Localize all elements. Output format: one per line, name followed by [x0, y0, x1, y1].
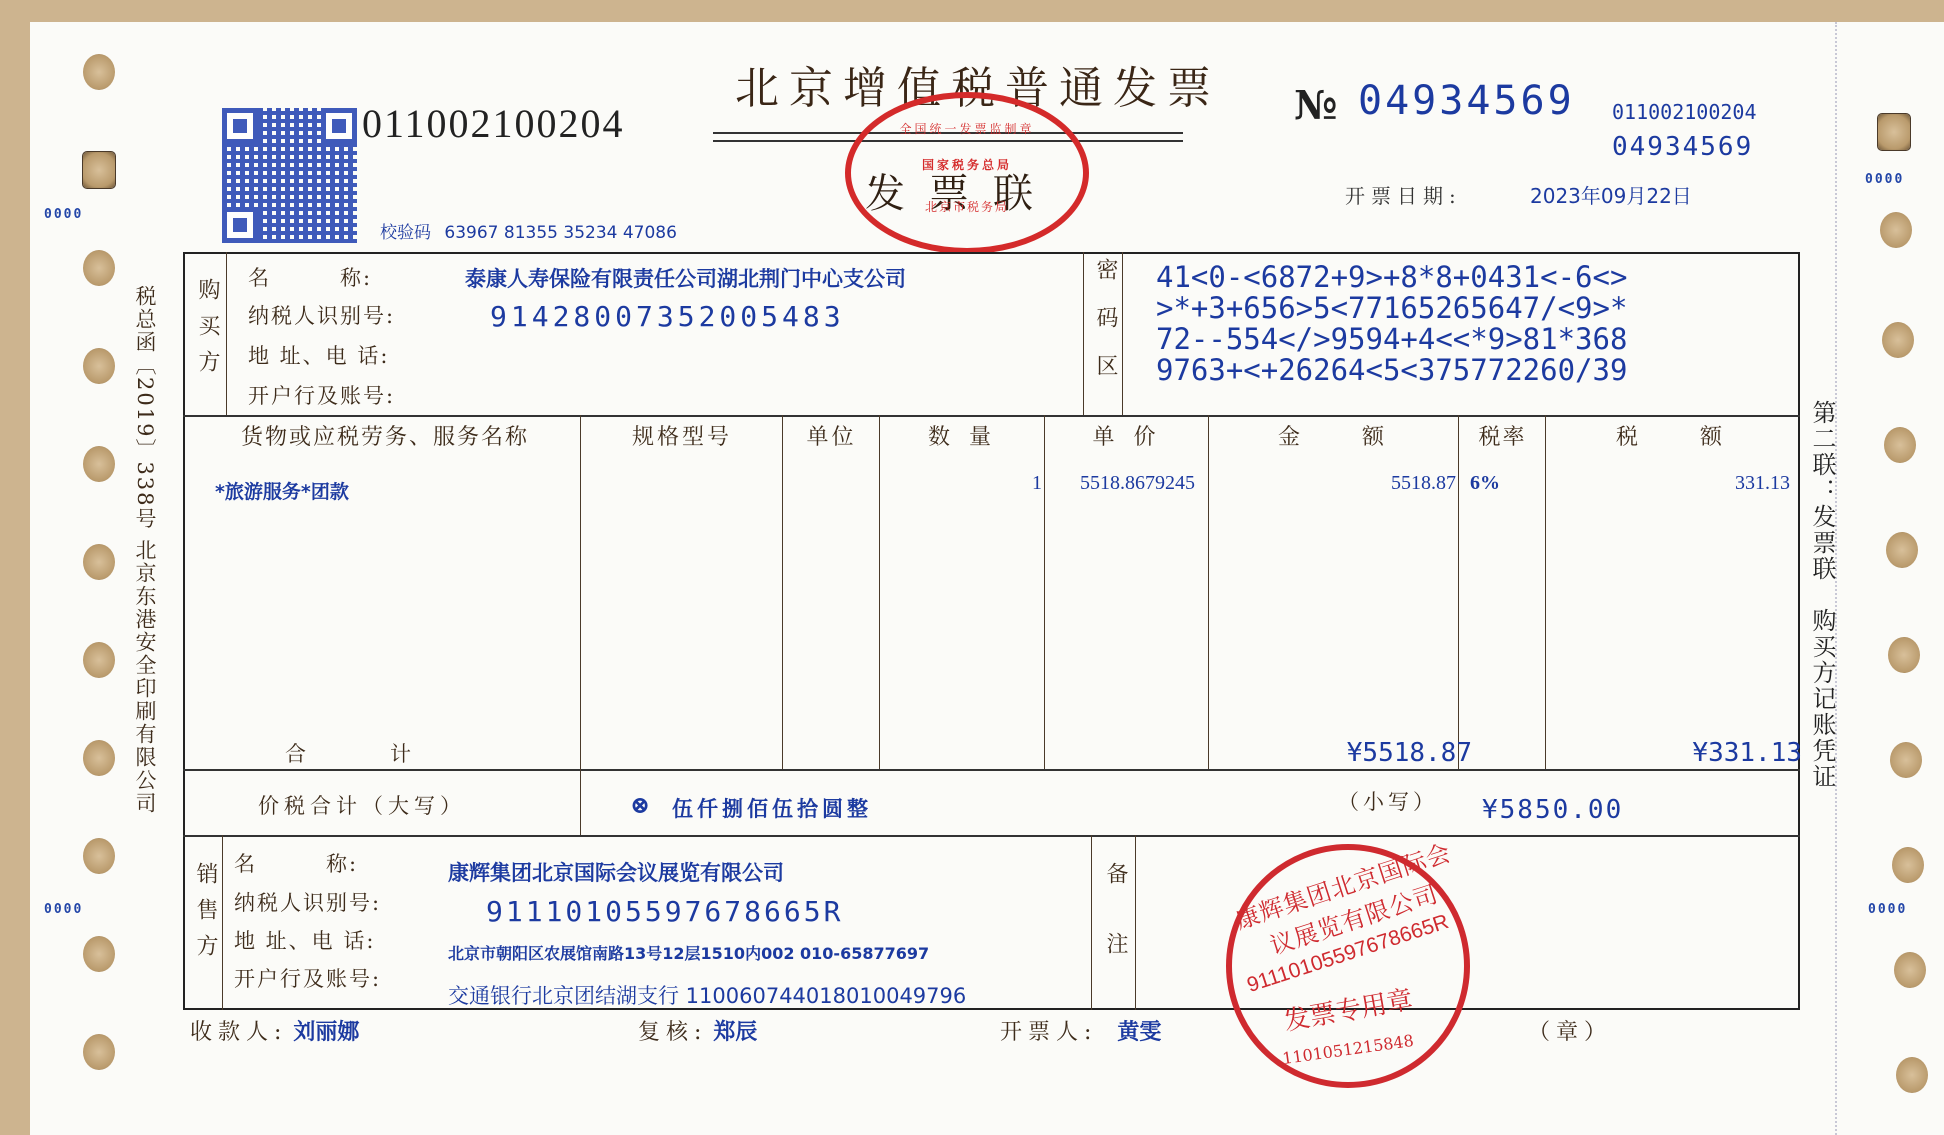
divider	[580, 415, 581, 835]
check-code: 校验码 63967 81355 35234 47086	[380, 218, 677, 243]
total-label: 合 计	[285, 738, 411, 768]
divider	[183, 415, 1800, 417]
divider	[1044, 415, 1045, 769]
stamp-text: 全国统一发票监制章	[851, 120, 1083, 137]
tractor-hole	[83, 838, 115, 874]
header-tax: 税 额	[1547, 420, 1797, 451]
tractor-hole	[1890, 742, 1922, 778]
cipher-line: 41<0-<6872+9>+8*8+0431<-6<>	[1156, 262, 1627, 293]
divider	[879, 415, 880, 769]
divider	[1208, 415, 1209, 769]
seller-name: 康辉集团北京国际会议展览有限公司	[448, 857, 784, 887]
divider	[1091, 835, 1092, 1010]
header-unit: 单位	[784, 420, 879, 451]
tractor-hole	[1882, 322, 1914, 358]
stamp-text: 北京市税务局	[851, 198, 1083, 215]
item-unit-price: 5518.8679245	[1080, 472, 1195, 495]
tractor-hole	[83, 54, 115, 90]
tractor-hole	[83, 936, 115, 972]
header-tax-rate: 税率	[1460, 420, 1545, 451]
reviewer-name: 郑辰	[713, 1020, 757, 1045]
tractor-hole	[1880, 212, 1912, 248]
seller-address-label: 地 址、电 话:	[234, 925, 375, 955]
tractor-hole	[1894, 952, 1926, 988]
divider	[782, 415, 783, 769]
divider	[226, 252, 227, 415]
seller-seal: 康辉集团北京国际会议展览有限公司 91110105597678665R 发票专用…	[1226, 844, 1470, 1088]
seller-bank: 交通银行北京团结湖支行 110060744018010049796	[448, 980, 966, 1010]
grand-total-upper: 伍仟捌佰伍拾圆整	[672, 793, 872, 823]
divider	[1545, 415, 1546, 769]
seal-note: （章）	[1528, 1015, 1612, 1046]
seller-name-label: 名 称:	[234, 848, 358, 878]
divider	[222, 835, 223, 1010]
margin-mark: 0000	[1868, 902, 1907, 917]
tractor-hole	[1888, 637, 1920, 673]
tractor-hole	[1884, 427, 1916, 463]
stamp-text: 国家税务总局	[851, 156, 1083, 173]
seller-taxid: 911101055976786​65R	[486, 895, 843, 928]
supervision-stamp: 全国统一发票监制章 国家税务总局 北京市税务局	[845, 92, 1089, 254]
margin-mark: 0000	[44, 207, 83, 222]
header-item-name: 货物或应税劳务、服务名称	[190, 420, 580, 451]
total-tax: ¥331.13	[1547, 738, 1802, 768]
buyer-taxid: 91428007352005483	[490, 300, 845, 333]
tractor-hole	[1896, 1057, 1928, 1093]
tractor-hole	[83, 740, 115, 776]
item-tax: 331.13	[1550, 472, 1790, 495]
total-amount: ¥5518.87	[1210, 738, 1472, 768]
invoice-code: 011002100204	[362, 100, 625, 147]
buyer-name-label: 名 称:	[248, 262, 372, 292]
reviewer: 复核:郑辰	[638, 1015, 757, 1046]
seller-section-label: 销售方	[190, 862, 221, 970]
header-quantity: 数 量	[881, 420, 1044, 451]
buyer-address-label: 地 址、电 话:	[248, 340, 389, 370]
margin-mark: 0000	[1865, 172, 1904, 187]
divider	[1083, 252, 1084, 415]
remarks-label: 备注	[1100, 862, 1131, 1002]
invoice-number: 04934569	[1358, 78, 1575, 124]
header-spec: 规格型号	[582, 420, 782, 451]
cipher-line: 9763+<+26264<5<375772260/39	[1156, 355, 1627, 386]
item-tax-rate: 6%	[1470, 472, 1500, 495]
item-amount: 5518.87	[1215, 472, 1456, 495]
divider	[183, 769, 1800, 771]
check-code-value: 63967 81355 35234 47086	[444, 223, 677, 243]
tractor-hole	[83, 152, 115, 188]
cipher-text: 41<0-<6872+9>+8*8+0431<-6<> >*+3+656>5<7…	[1156, 262, 1627, 386]
invoice-number-label: №	[1294, 82, 1337, 129]
buyer-bank-label: 开户行及账号:	[248, 380, 395, 410]
header-amount: 金 额	[1210, 420, 1458, 451]
grand-total-lower: ¥5850.00	[1482, 795, 1623, 825]
tractor-hole	[83, 642, 115, 678]
seller-taxid-label: 纳税人识别号:	[234, 887, 381, 917]
divider	[1135, 835, 1136, 1010]
tractor-hole	[83, 1034, 115, 1070]
invoice-number-small: 04934569	[1612, 132, 1753, 162]
header-unit-price: 单 价	[1046, 420, 1208, 451]
seller-address: 北京市朝阳区农展馆南路13号12层1510内002 010-65877697	[448, 941, 929, 964]
check-code-label: 校验码	[380, 223, 431, 243]
tractor-hole	[83, 348, 115, 384]
payee-label: 收款人:	[190, 1020, 287, 1045]
cipher-label: 密码区	[1090, 258, 1121, 402]
tractor-hole	[83, 446, 115, 482]
invoice-code-small: 011002100204	[1612, 100, 1757, 124]
divider	[1122, 252, 1123, 415]
payee-name: 刘丽娜	[293, 1020, 359, 1045]
drawer-label: 开票人:	[1000, 1020, 1097, 1045]
tractor-hole	[83, 250, 115, 286]
divider	[1458, 415, 1459, 769]
tractor-hole	[1878, 114, 1910, 150]
tractor-hole	[1886, 532, 1918, 568]
cipher-line: 72--554</>9594+4<<*9>81*368	[1156, 324, 1627, 355]
reviewer-label: 复核:	[638, 1020, 707, 1045]
circled-x-icon: ⊗	[630, 790, 650, 819]
tractor-hole	[83, 544, 115, 580]
payee: 收款人:刘丽娜	[190, 1015, 359, 1046]
printer-note: 税总函〔2019〕338号 北京东港安全印刷有限公司	[130, 285, 160, 815]
date-label: 开票日期:	[1345, 180, 1462, 209]
seller-bank-label: 开户行及账号:	[234, 963, 381, 993]
divider	[183, 835, 1800, 837]
tractor-hole	[1892, 847, 1924, 883]
qr-code	[222, 108, 357, 243]
drawer-name: 黄雯	[1117, 1020, 1161, 1045]
item-name: *旅游服务*团款	[215, 477, 349, 504]
cipher-line: >*+3+656>5<77165265647/<9>*	[1156, 293, 1627, 324]
grand-total-lower-label: （小写）	[1338, 786, 1438, 816]
grand-total-upper-label: 价税合计（大写）	[258, 790, 466, 820]
drawer: 开票人:黄雯	[1000, 1015, 1161, 1046]
buyer-name: 泰康人寿保险有限责任公司湖北荆门中心支公司	[465, 263, 906, 293]
margin-mark: 0000	[44, 902, 83, 917]
buyer-taxid-label: 纳税人识别号:	[248, 300, 395, 330]
item-quantity: 1	[1000, 472, 1042, 495]
buyer-section-label: 购买方	[192, 278, 223, 386]
copy-purpose: 第二联：发票联 购买方记账凭证	[1808, 400, 1836, 790]
invoice-date: 2023年09月22日	[1530, 180, 1692, 209]
